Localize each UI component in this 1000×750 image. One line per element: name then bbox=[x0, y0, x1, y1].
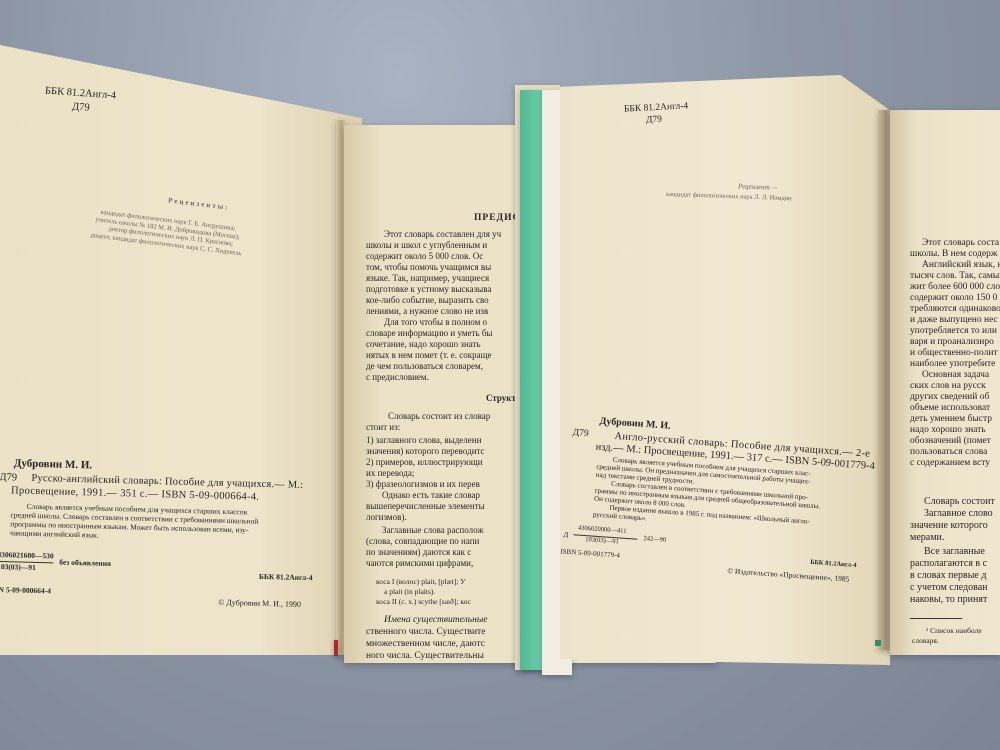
book1-structure-line: Заглавные слова располож bbox=[382, 525, 484, 536]
book2-code-bottom: 103(03)—91 bbox=[585, 536, 619, 546]
book2-structure-line: располагаются в с bbox=[910, 558, 987, 571]
book2-green-strip bbox=[520, 90, 542, 670]
book2-structure-line: Все заглавные bbox=[924, 546, 985, 559]
book2-code-right: 242—90 bbox=[643, 535, 666, 545]
book2-green-mark bbox=[875, 640, 881, 646]
book1-structure-line: Словарь состоит из словар bbox=[388, 411, 490, 422]
book1-code-note: без объявления bbox=[59, 558, 111, 569]
book2-footnote-line: словаря. bbox=[912, 636, 939, 645]
book1-preface-line: подготовке к устному высказыва bbox=[366, 284, 491, 295]
book2-bbk-bottom: ББК 81.2Англ-4 bbox=[810, 559, 857, 570]
book1-structure-line: стоит из: bbox=[366, 422, 400, 433]
book1-nouns-line: ного числа. Существительны bbox=[366, 651, 484, 663]
book2-structure-line: мерами. bbox=[910, 532, 944, 545]
photo-scene: ББК 81.2Англ-4 Д79 Рецензенты: кандидат … bbox=[0, 0, 1000, 750]
book1-structure-line: логизмов). bbox=[366, 512, 407, 523]
book1-isbn: ISBN 5-09-000664-4 bbox=[0, 585, 51, 596]
book1-imprint-block: Дубровин М. И. Д79 Русско-английский сло… bbox=[0, 457, 340, 466]
book1-preface-line: Для того чтобы в полном о bbox=[384, 317, 487, 328]
book2-intro-line: с содержанием всту bbox=[910, 458, 990, 470]
book1-example-line: коса I (волос) plait, [plæt]; У bbox=[376, 577, 465, 586]
book1-structure-line: чаются римскими цифрами, bbox=[366, 558, 473, 569]
book1-nouns-line: ственного числа. Существите bbox=[366, 627, 485, 639]
book2-code-letter: Д bbox=[563, 531, 568, 540]
book1-copyright: © Дубровин М. И., 1990 bbox=[218, 598, 301, 610]
book1-preface-line: нятых в нем помет (т. е. сокраще bbox=[366, 350, 492, 361]
book1-preface-line: кое-либо событие, выразить сво bbox=[366, 295, 489, 306]
book1-nouns-line: множественном числе, даютс bbox=[366, 639, 485, 651]
book1-preface-line: лениями, а нужное слово не изв bbox=[366, 306, 488, 317]
book1-structure-line: (слова, совпадающие по напи bbox=[366, 536, 479, 547]
book1-structure-line: значения) которого переводитс bbox=[366, 446, 485, 457]
book1-preface-line: языке. Так, например, учащиеся bbox=[366, 273, 489, 284]
book1-bbk-bottom: ББК 81.2Англ-4 bbox=[259, 572, 313, 583]
book1-structure-line: 2) примеров, иллюстрирующи bbox=[366, 457, 483, 468]
book1-author: Дубровин М. И. bbox=[14, 457, 93, 473]
book1-preface-line: де чем пользоваться словарем, bbox=[366, 361, 483, 372]
book1-code-top: 4306021600—530 bbox=[0, 550, 54, 561]
book1-structure-line: 3) фразеологизмов и их перев bbox=[366, 479, 480, 490]
book2-structure-line: Заглавное слово bbox=[924, 508, 993, 521]
book1-structure-line: 1) заглавного слова, выделенн bbox=[366, 435, 481, 446]
book2-reviewer-heading: Рецензент — bbox=[738, 182, 778, 192]
book1-example-line: коса II (с. х.) scythe [saɪð]; кос bbox=[376, 597, 471, 606]
book1-structure-line: Однако есть такие словар bbox=[382, 490, 480, 501]
book1-reviewers-heading: Рецензенты: bbox=[168, 196, 230, 212]
book2-author-code: Д79 bbox=[646, 115, 663, 128]
book2-footnote-line: ¹ Список наиболе bbox=[926, 626, 982, 635]
book1-structure-line: вышеперечисленные элементы bbox=[366, 501, 485, 512]
book1-preface-line: сочетание, надо хорошо знать bbox=[366, 339, 481, 350]
book1-annotation-line: чающими английский язык. bbox=[10, 528, 99, 540]
book1-preface-line: школы и школ с углубленным и bbox=[366, 240, 487, 251]
book2-left-page: ББК 81.2Англ-4 Д79 Рецензент — кандидат … bbox=[560, 75, 890, 665]
book2-right-page: Этот словарь соста школы. В нем содерж А… bbox=[890, 110, 1000, 655]
book2-structure-line: Словарь состоит bbox=[924, 496, 995, 509]
book2-structure-line: с учетом следован bbox=[910, 582, 988, 595]
book2-copyright: © Издательство «Просвещение», 1985 bbox=[727, 566, 850, 584]
book1-preface-line: том, чтобы помочь учащимся вы bbox=[366, 262, 491, 273]
book2-structure-line: значение которого bbox=[910, 520, 988, 533]
book2-structure-line: в словах первые д bbox=[910, 570, 986, 583]
book1-example-line: a plait (in plaits). bbox=[384, 587, 435, 596]
book1-author-code: Д79 bbox=[72, 100, 91, 114]
book1-code-bottom: 103(03)—91 bbox=[0, 562, 36, 572]
book1-structure-line: их перевода; bbox=[366, 468, 414, 479]
book1-preface-line: с предисловием. bbox=[366, 372, 429, 383]
book2-side-code: Д79 bbox=[572, 428, 589, 441]
book1-bbk-code: ББК 81.2Англ-4 bbox=[45, 85, 117, 103]
book1-structure-line: по значениям) даются как с bbox=[366, 547, 471, 558]
book1-left-page: ББК 81.2Англ-4 Д79 Рецензенты: кандидат … bbox=[0, 45, 362, 655]
book2-isbn: ISBN 5-09-001779-4 bbox=[560, 547, 620, 560]
book2-structure-line: наковы, то принят bbox=[910, 594, 987, 607]
book1-preface-line: Этот словарь составлен для уч bbox=[384, 229, 501, 240]
book1-red-spine bbox=[334, 640, 338, 656]
book2-reviewer: кандидат филологических наук Л. Л. Иомди… bbox=[666, 191, 792, 204]
book1-side-code: Д79 bbox=[0, 471, 17, 485]
book1-nouns-line: Имена существительные bbox=[384, 615, 487, 627]
book1-preface-line: словаре информацию и уметь бы bbox=[366, 328, 492, 339]
book2-imprint-block: Дубровин М. И. Д79 Англо-русский словарь… bbox=[560, 413, 889, 436]
book1-preface-line: содержит около 5 000 слов. Ос bbox=[366, 251, 483, 262]
